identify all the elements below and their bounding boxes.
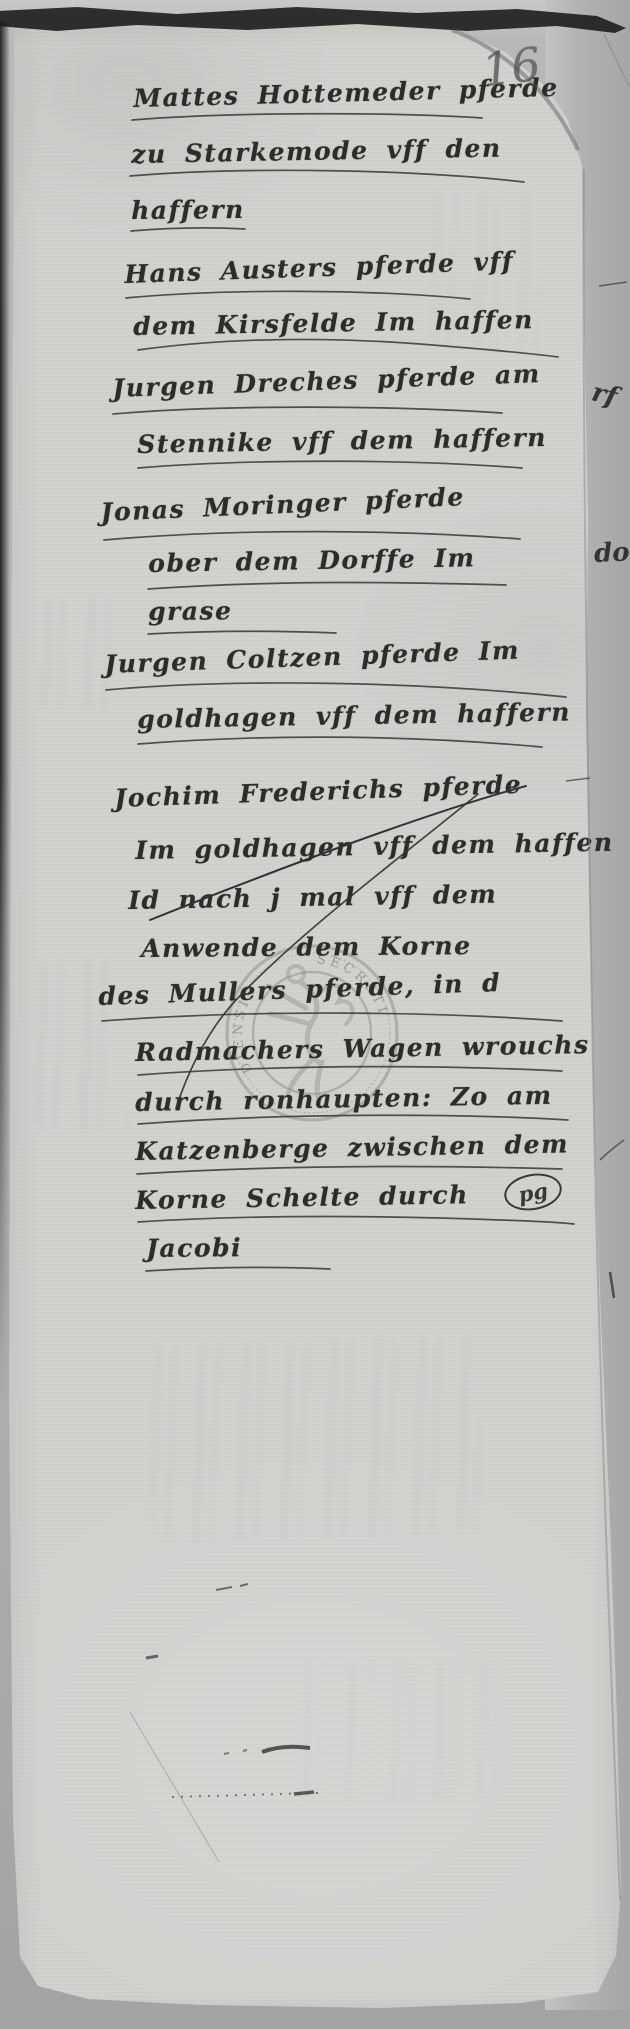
bleedthrough-patch (147, 1334, 484, 1545)
edge-fragment: do, (593, 537, 630, 569)
entry-line: grase (148, 596, 233, 626)
entry-line: ober dem Dorffe Im (148, 543, 476, 578)
entry-line: haffern (131, 195, 245, 225)
entry-line: Korne Schelte durch (135, 1180, 469, 1215)
entry-line-struck: Anwende dem Korne (141, 931, 472, 963)
manuscript-scan: DIENSIS SECRETI 16 Mattes Hottemeder pfe… (0, 0, 630, 2029)
binding-gutter-shadow (0, 22, 10, 1522)
bleedthrough-patch (298, 1656, 523, 1804)
entry-line: Jacobi (146, 1233, 242, 1263)
